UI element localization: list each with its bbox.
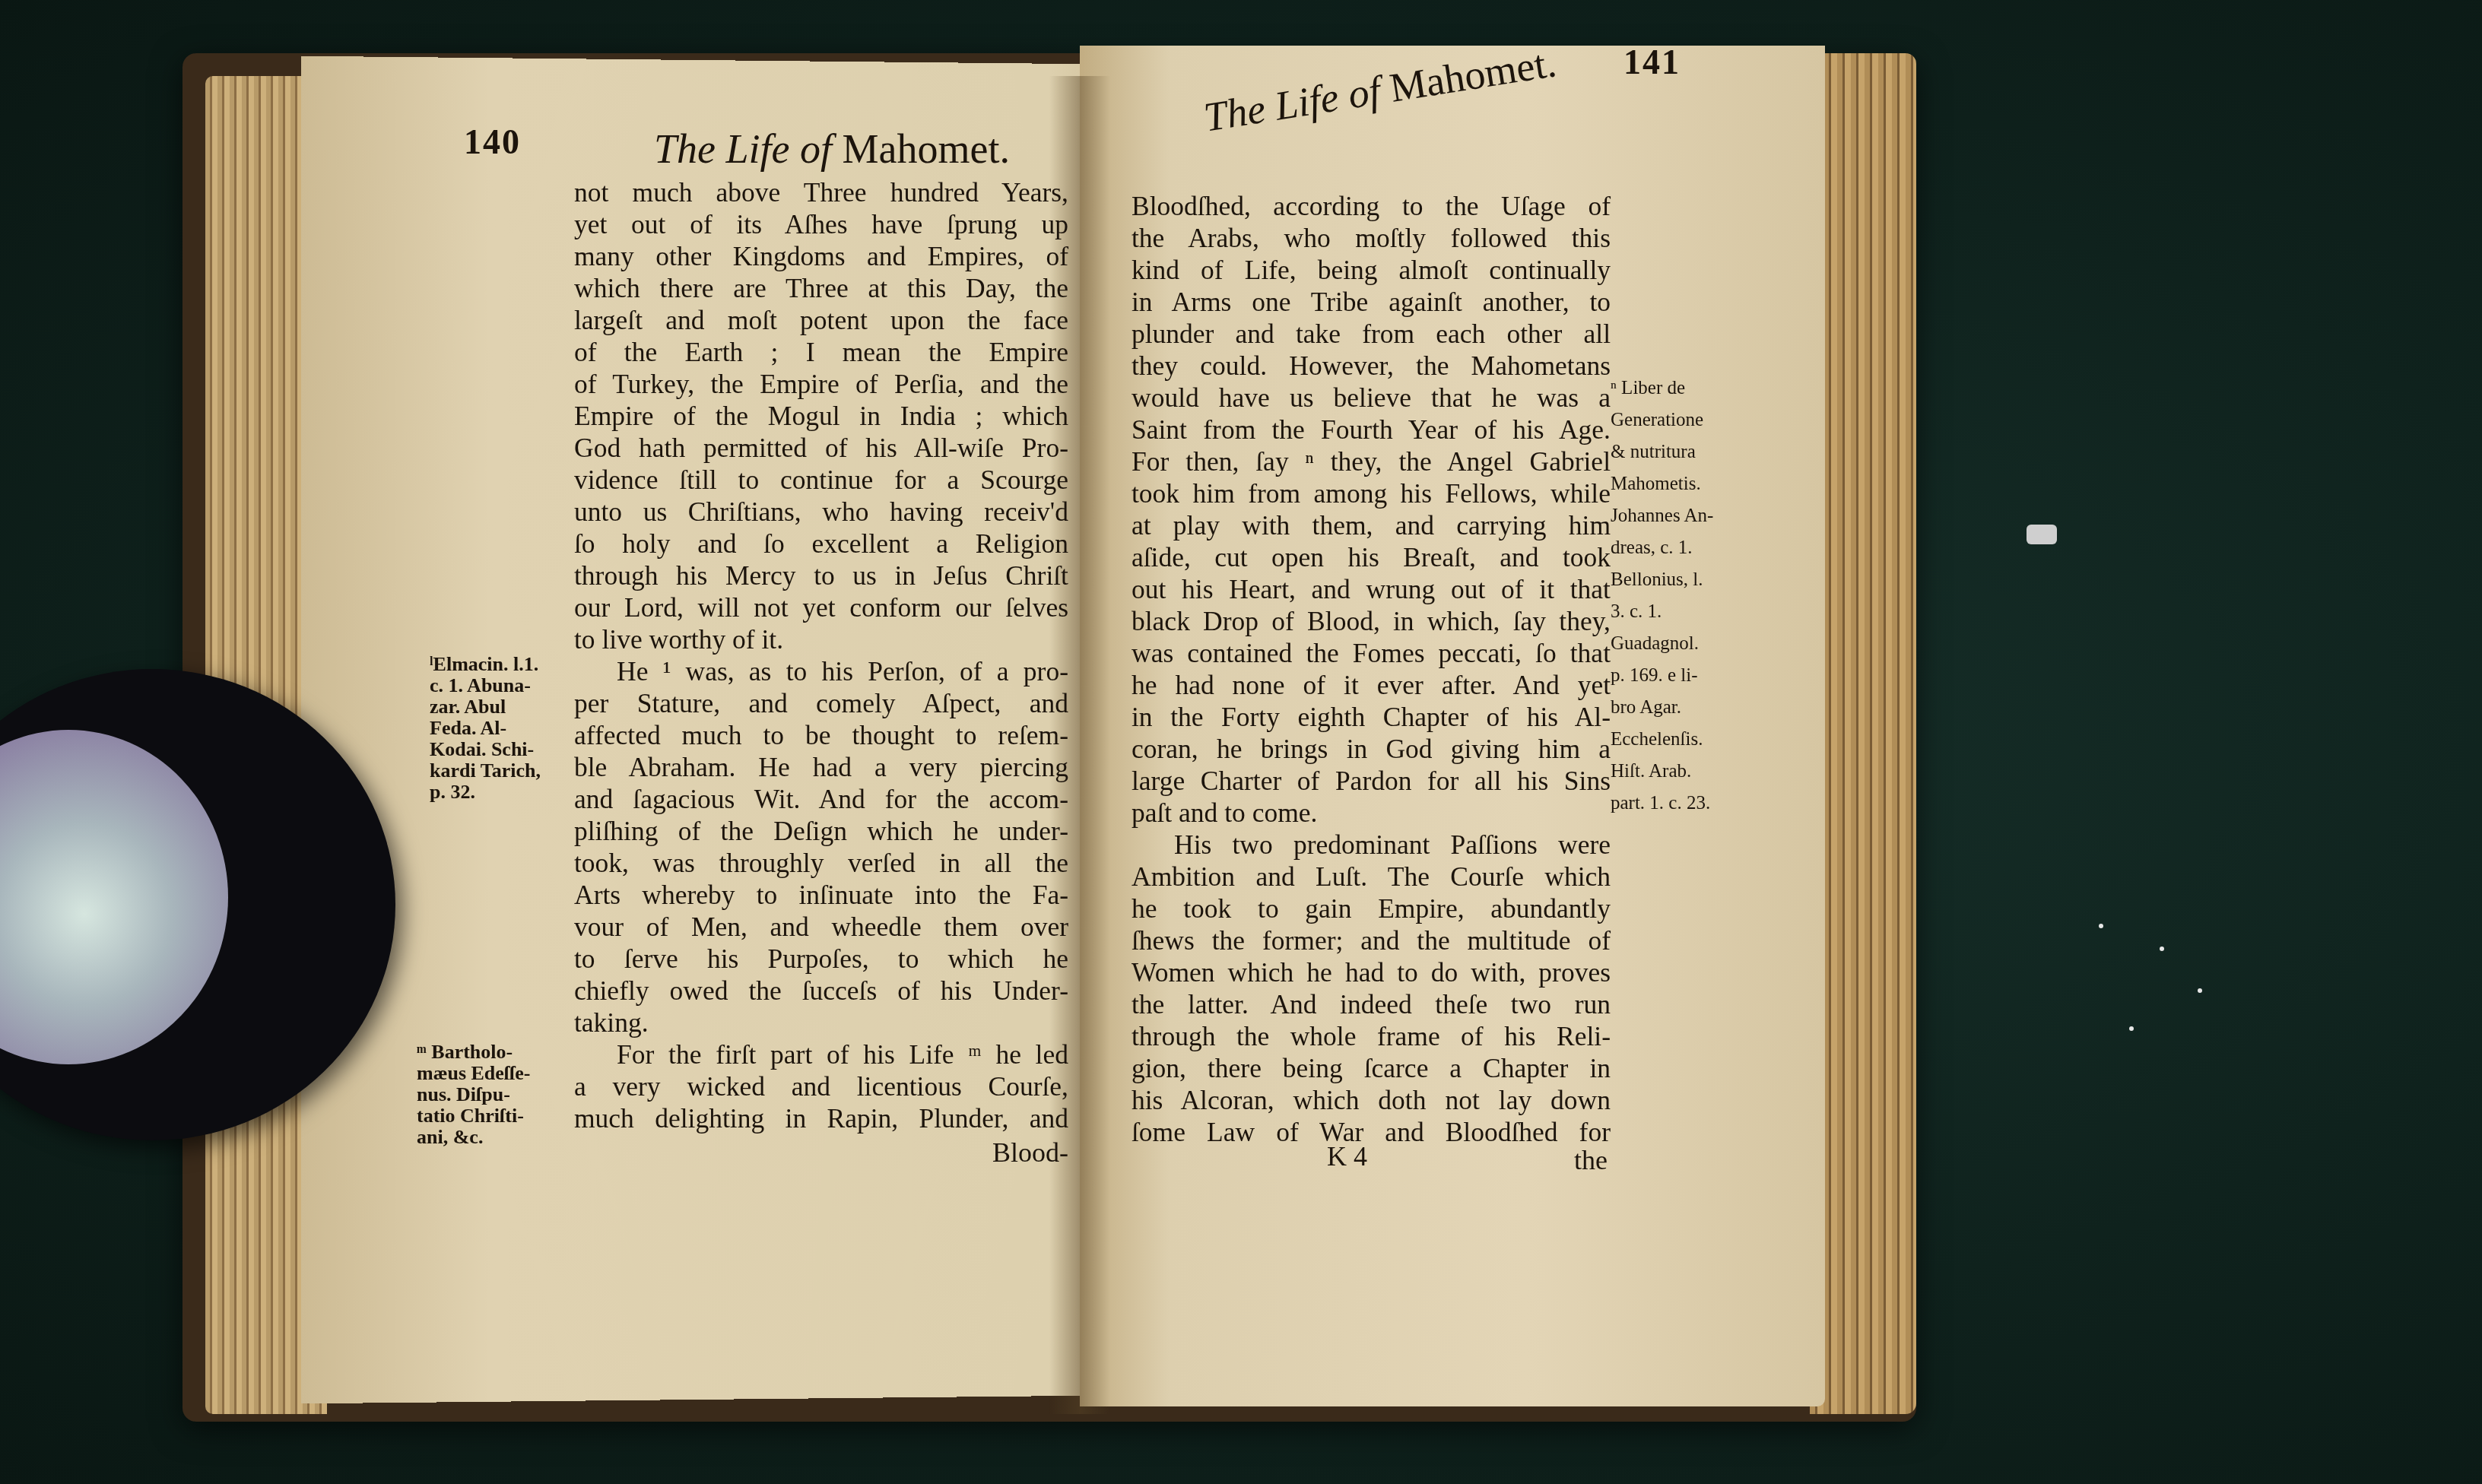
text-line: our Lord, will not yet conform our ſelve… [574, 591, 1068, 623]
text-line: through his Mercy to us in Jeſus Chriſt [574, 560, 1068, 591]
text-line: out his Heart, and wrung out of it that [1131, 573, 1611, 605]
text-line: zar. Abul [430, 696, 541, 718]
text-line: which there are Three at this Day, the [574, 272, 1068, 304]
text-line: 3. c. 1. [1611, 596, 1713, 628]
text-line: Bellonius, l. [1611, 564, 1713, 596]
text-line: vidence ſtill to continue for a Scourge [574, 464, 1068, 496]
margin-note-m: ᵐ Bartholo-mæus Edeſſe-nus. Diſpu-tatio … [417, 1042, 531, 1148]
text-line: taking. [574, 1007, 1068, 1038]
text-line: a very wicked and licentious Courſe, [574, 1070, 1068, 1102]
text-line: per Stature, and comely Aſpect, and [574, 687, 1068, 719]
text-line: ſo holy and ſo excellent a Religion [574, 528, 1068, 560]
text-line: in the Forty eighth Chapter of his Al- [1131, 701, 1611, 733]
text-line: bro Agar. [1611, 692, 1713, 724]
text-line: kardi Tarich, [430, 760, 541, 782]
text-line: aſide, cut open his Breaſt, and took [1131, 541, 1611, 573]
signature-mark: K 4 [1327, 1140, 1367, 1172]
left-catchword: Blood- [992, 1137, 1068, 1168]
text-line: His two predominant Paſſions were [1131, 829, 1611, 861]
text-line: ⁿ Liber de [1611, 373, 1713, 404]
text-line: ble Abraham. He had a very piercing [574, 751, 1068, 783]
text-line: and ſagacious Wit. And for the accom- [574, 783, 1068, 815]
text-line: unto us Chriſtians, who having receiv'd [574, 496, 1068, 528]
text-line: to ſerve his Purpoſes, to which he [574, 943, 1068, 975]
text-line: of Turkey, the Empire of Perſia, and the [574, 368, 1068, 400]
text-line: mæus Edeſſe- [417, 1063, 531, 1084]
text-line: & nutritura [1611, 436, 1713, 468]
left-running-head: The Life of Mahomet. [654, 125, 1010, 173]
text-line: Women which he had to do with, proves [1131, 956, 1611, 988]
text-line: of the Earth ; I mean the Empire [574, 336, 1068, 368]
right-catchword: the [1574, 1144, 1608, 1176]
text-line: to live worthy of it. [574, 623, 1068, 655]
text-line: not much above Three hundred Years, [574, 176, 1068, 208]
text-line: chiefly owed the ſucceſs of his Under- [574, 975, 1068, 1007]
text-line: Generatione [1611, 404, 1713, 436]
margin-note-n: ⁿ Liber deGeneratione& nutrituraMahometi… [1611, 373, 1713, 820]
text-line: ſhews the former; and the multitude of [1131, 924, 1611, 956]
lint-speck [2129, 1026, 2134, 1031]
running-head-roman: Mahomet. [843, 126, 1010, 172]
text-line: Kodai. Schi- [430, 739, 541, 760]
text-line: he took to gain Empire, abundantly [1131, 893, 1611, 924]
text-line: his Alcoran, which doth not lay down [1131, 1084, 1611, 1116]
text-line: tatio Chriſti- [417, 1105, 531, 1127]
text-line: much delighting in Rapin, Plunder, and [574, 1102, 1068, 1134]
text-line: vour of Men, and wheedle them over [574, 911, 1068, 943]
text-line: Mahometis. [1611, 468, 1713, 500]
right-body-text: Bloodſhed, according to the Uſage ofthe … [1131, 190, 1611, 1148]
text-line: Johannes An- [1611, 500, 1713, 532]
text-line: in Arms one Tribe againſt another, to [1131, 286, 1611, 318]
text-line: p. 32. [430, 782, 541, 803]
text-line: large Charter of Pardon for all his Sins [1131, 765, 1611, 797]
left-page-number: 140 [464, 122, 521, 162]
magnifier-lens [0, 730, 228, 1064]
text-line: pliſhing of the Deſign which he under- [574, 815, 1068, 847]
text-line: the Arabs, who moſtly followed this [1131, 222, 1611, 254]
text-line: ᵐ Bartholo- [417, 1042, 531, 1063]
text-line: Saint from the Fourth Year of his Age. [1131, 414, 1611, 446]
text-line: For then, ſay ⁿ they, the Angel Gabriel [1131, 446, 1611, 477]
text-line: part. 1. c. 23. [1611, 788, 1713, 820]
lint-speck [2099, 924, 2103, 928]
text-line: coran, he brings in God giving him a [1131, 733, 1611, 765]
text-line: was contained the Fomes peccati, ſo that [1131, 637, 1611, 669]
text-line: through the whole frame of his Reli- [1131, 1020, 1611, 1052]
text-line: nus. Diſpu- [417, 1084, 531, 1105]
text-line: paſt and to come. [1131, 797, 1611, 829]
text-line: affected much to be thought to reſem- [574, 719, 1068, 751]
text-line: He ¹ was, as to his Perſon, of a pro- [574, 655, 1068, 687]
text-line: Guadagnol. [1611, 628, 1713, 660]
text-line: plunder and take from each other all [1131, 318, 1611, 350]
text-line: ſome Law of War and Bloodſhed for [1131, 1116, 1611, 1148]
text-line: Bloodſhed, according to the Uſage of [1131, 190, 1611, 222]
text-line: ˡElmacin. l.1. [430, 654, 541, 675]
page-edges-right [1810, 53, 1916, 1414]
text-line: God hath permitted of his All-wiſe Pro- [574, 432, 1068, 464]
text-line: Ambition and Luſt. The Courſe which [1131, 861, 1611, 893]
text-line: largeſt and moſt potent upon the face [574, 304, 1068, 336]
text-line: black Drop of Blood, in which, ſay they, [1131, 605, 1611, 637]
lint-speck [2160, 947, 2164, 951]
text-line: kind of Life, being almoſt continually [1131, 254, 1611, 286]
text-line: ani, &c. [417, 1127, 531, 1148]
text-line: Ecchelenſis. [1611, 724, 1713, 756]
text-line: Feda. Al- [430, 718, 541, 739]
text-line: at play with them, and carrying him [1131, 509, 1611, 541]
text-line: took, was throughly verſed in all the [574, 847, 1068, 879]
text-line: yet out of its Aſhes have ſprung up [574, 208, 1068, 240]
text-line: Empire of the Mogul in India ; which [574, 400, 1068, 432]
text-line: Hiſt. Arab. [1611, 756, 1713, 788]
left-body-text: not much above Three hundred Years,yet o… [574, 176, 1068, 1134]
text-line: took him from among his Fellows, while [1131, 477, 1611, 509]
text-line: he had none of it ever after. And yet [1131, 669, 1611, 701]
text-line: dreas, c. 1. [1611, 532, 1713, 564]
text-line: c. 1. Abuna- [430, 675, 541, 696]
text-line: many other Kingdoms and Empires, of [574, 240, 1068, 272]
text-line: Arts whereby to inſinuate into the Fa- [574, 879, 1068, 911]
lint-patch [2027, 525, 2057, 544]
running-head-italic: The Life of [654, 126, 832, 172]
text-line: p. 169. e li- [1611, 660, 1713, 692]
lint-speck [2198, 988, 2202, 993]
text-line: For the firſt part of his Life ᵐ he led [574, 1038, 1068, 1070]
text-line: the latter. And indeed theſe two run [1131, 988, 1611, 1020]
right-page-number: 141 [1623, 42, 1681, 82]
margin-note-l: ˡElmacin. l.1.c. 1. Abuna-zar. AbulFeda.… [430, 654, 541, 803]
text-line: would have us believe that he was a [1131, 382, 1611, 414]
text-line: they could. However, the Mahometans [1131, 350, 1611, 382]
text-line: gion, there being ſcarce a Chapter in [1131, 1052, 1611, 1084]
